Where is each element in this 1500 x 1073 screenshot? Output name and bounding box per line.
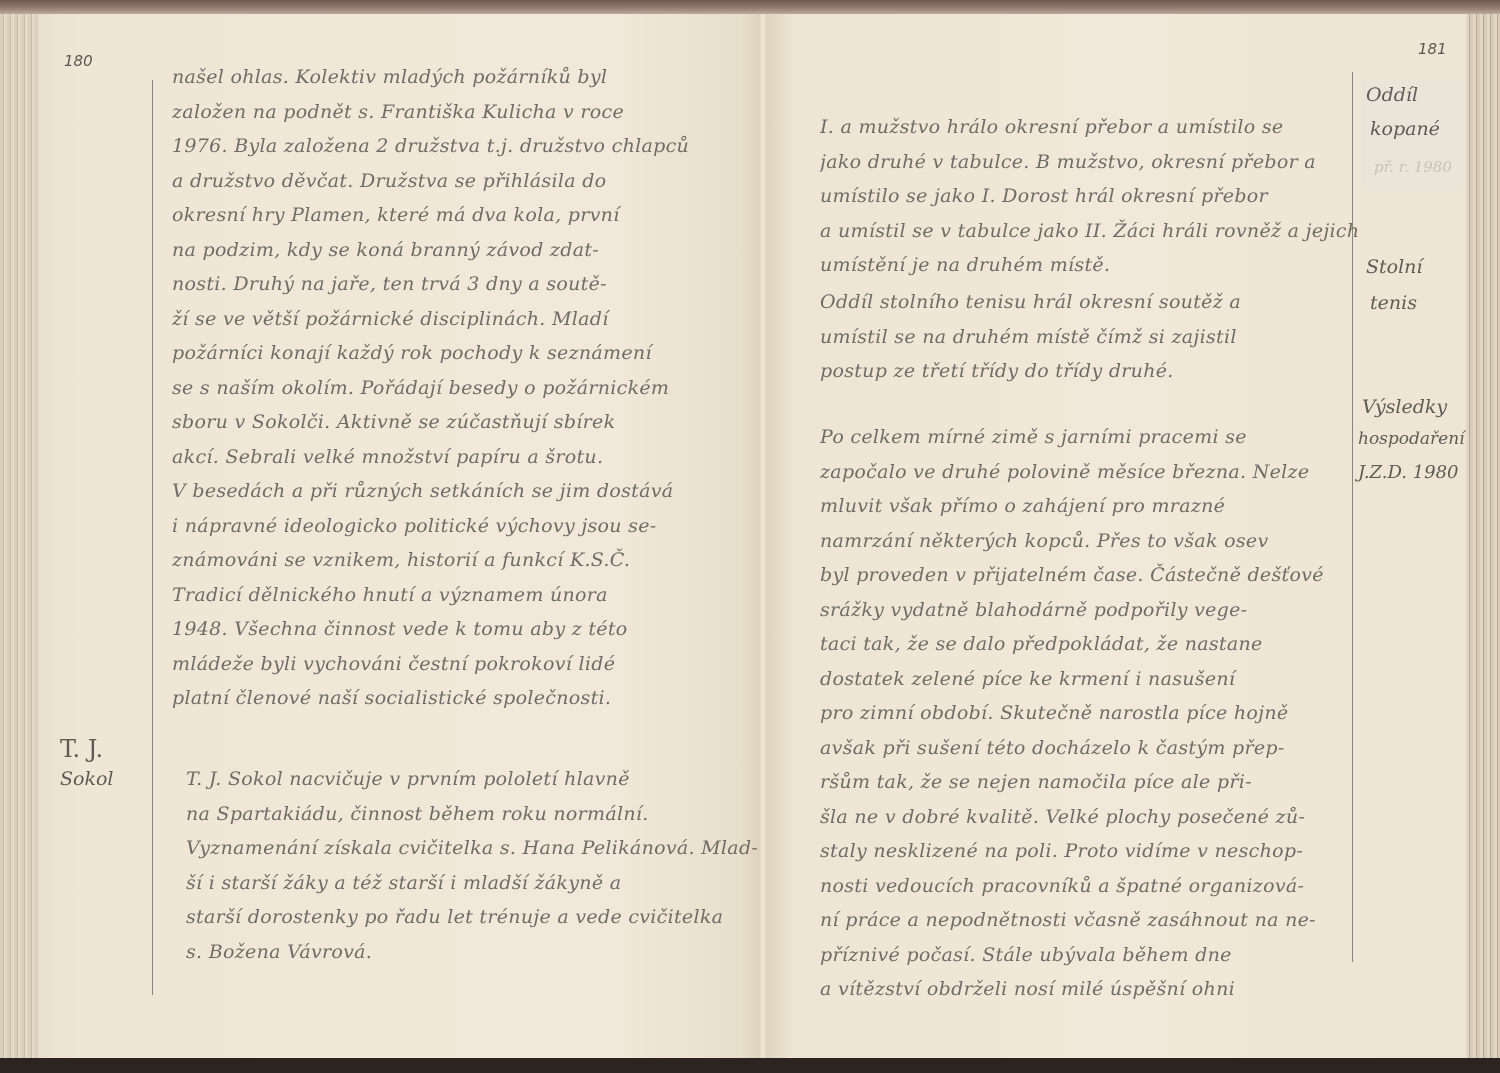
text-line: ší i starší žáky a též starší i mladší ž… [186,866,758,901]
text-line: s. Božena Vávrová. [186,935,758,970]
margin-label-vysledky: Výsledky [1362,390,1447,424]
margin-label-stolni: Stolní [1366,250,1422,284]
text-line: založen na podnět s. Františka Kulicha v… [172,95,689,130]
margin-label-tenis: tenis [1370,286,1417,320]
right-paragraph-1: I. a mužstvo hrálo okresní přebor a umís… [820,110,1359,283]
text-line: jako druhé v tabulce. B mužstvo, okresní… [820,145,1359,180]
book-bottom-shadow [0,1058,1500,1073]
left-margin-rule [152,80,153,995]
text-line: byl proveden v přijatelném čase. Částečn… [820,558,1324,593]
text-line: starší dorostenky po řadu let trénuje a … [186,900,758,935]
text-line: dostatek zelené píce ke krmení i nasušen… [820,662,1324,697]
margin-label-oddil: Oddíl [1366,78,1418,112]
text-line: srážky vydatně blahodárně podpořily vege… [820,593,1324,628]
margin-label-tj: T. J. [60,732,103,766]
text-line: 1948. Všechna činnost vede k tomu aby z … [172,612,689,647]
text-line: okresní hry Plamen, které má dva kola, p… [172,198,689,233]
text-line: namrzání některých kopců. Přes to však o… [820,524,1324,559]
text-line: Tradicí dělnického hnutí a významem únor… [172,578,689,613]
text-line: nosti vedoucích pracovníků a špatné orga… [820,869,1324,904]
text-line: 1976. Byla založena 2 družstva t.j. druž… [172,129,689,164]
text-line: i nápravné ideologicko politické výchovy… [172,509,689,544]
text-line: ršům tak, že se nejen namočila píce ale … [820,765,1324,800]
margin-faded-note: př. r. 1980 [1374,150,1452,184]
text-line: započalo ve druhé polovině měsíce března… [820,455,1324,490]
page-number-right: 181 [1418,40,1447,58]
text-line: na Spartakiádu, činnost během roku normá… [186,797,758,832]
text-line: příznivé počasí. Stále ubývala během dne [820,938,1324,973]
margin-label-sokol: Sokol [60,762,113,796]
text-line: požárníci konají každý rok pochody k sez… [172,336,689,371]
text-line: a vítězství obdrželi nosí milé úspěšní o… [820,972,1324,1007]
text-line: platní členové naší socialistické společ… [172,681,689,716]
text-line: Po celkem mírné zimě s jarními pracemi s… [820,420,1324,455]
right-paragraph-2: Oddíl stolního tenisu hrál okresní soutě… [820,285,1241,389]
left-page-stack [0,14,40,1060]
text-line: akcí. Sebrali velké množství papíru a šr… [172,440,689,475]
text-line: mluvit však přímo o zahájení pro mrazné [820,489,1324,524]
text-line: a umístil se v tabulce jako II. Žáci hrá… [820,214,1359,249]
page-number-left: 180 [64,52,93,70]
margin-label-kopane: kopané [1370,112,1440,146]
text-line: šla ne v dobré kvalitě. Velké plochy pos… [820,800,1324,835]
text-line: Vyznamenání získala cvičitelka s. Hana P… [186,831,758,866]
right-paragraph-3: Po celkem mírné zimě s jarními pracemi s… [820,420,1324,1007]
text-line: na podzim, kdy se koná branný závod zdat… [172,233,689,268]
text-line: ní práce a nepodnětnosti včasně zasáhnou… [820,903,1324,938]
text-line: ží se ve větší požárnické disciplinách. … [172,302,689,337]
text-line: pro zimní období. Skutečně narostla píce… [820,696,1324,731]
text-line: V besedách a při různých setkáních se ji… [172,474,689,509]
text-line: nosti. Druhý na jaře, ten trvá 3 dny a s… [172,267,689,302]
text-line: a družstvo děvčat. Družstva se přihlásil… [172,164,689,199]
text-line: známováni se vznikem, historií a funkcí … [172,543,689,578]
left-text-block-2: T. J. Sokol nacvičuje v prvním pololetí … [186,762,758,969]
text-line: mládeže byli vychováni čestní pokrokoví … [172,647,689,682]
text-line: avšak při sušení této docházelo k častým… [820,731,1324,766]
text-line: Oddíl stolního tenisu hrál okresní soutě… [820,285,1241,320]
right-page-stack [1466,14,1500,1060]
margin-label-jzd-year: J.Z.D. 1980 [1358,456,1459,490]
text-line: umístění je na druhém místě. [820,248,1359,283]
text-line: T. J. Sokol nacvičuje v prvním pololetí … [186,762,758,797]
open-book-spread: 180 našel ohlas. Kolektiv mladých požárn… [0,0,1500,1073]
text-line: se s naším okolím. Pořádají besedy o pož… [172,371,689,406]
text-line: taci tak, že se dalo předpokládat, že na… [820,627,1324,662]
left-text-block-1: našel ohlas. Kolektiv mladých požárníků … [172,60,689,716]
text-line: I. a mužstvo hrálo okresní přebor a umís… [820,110,1359,145]
text-line: postup ze třetí třídy do třídy druhé. [820,354,1241,389]
text-line: našel ohlas. Kolektiv mladých požárníků … [172,60,689,95]
text-line: umístilo se jako I. Dorost hrál okresní … [820,179,1359,214]
text-line: staly nesklizené na poli. Proto vidíme v… [820,834,1324,869]
text-line: sboru v Sokolči. Aktivně se zúčastňují s… [172,405,689,440]
text-line: umístil se na druhém místě čímž si zajis… [820,320,1241,355]
margin-label-hospodareni: hospodaření [1358,422,1465,456]
